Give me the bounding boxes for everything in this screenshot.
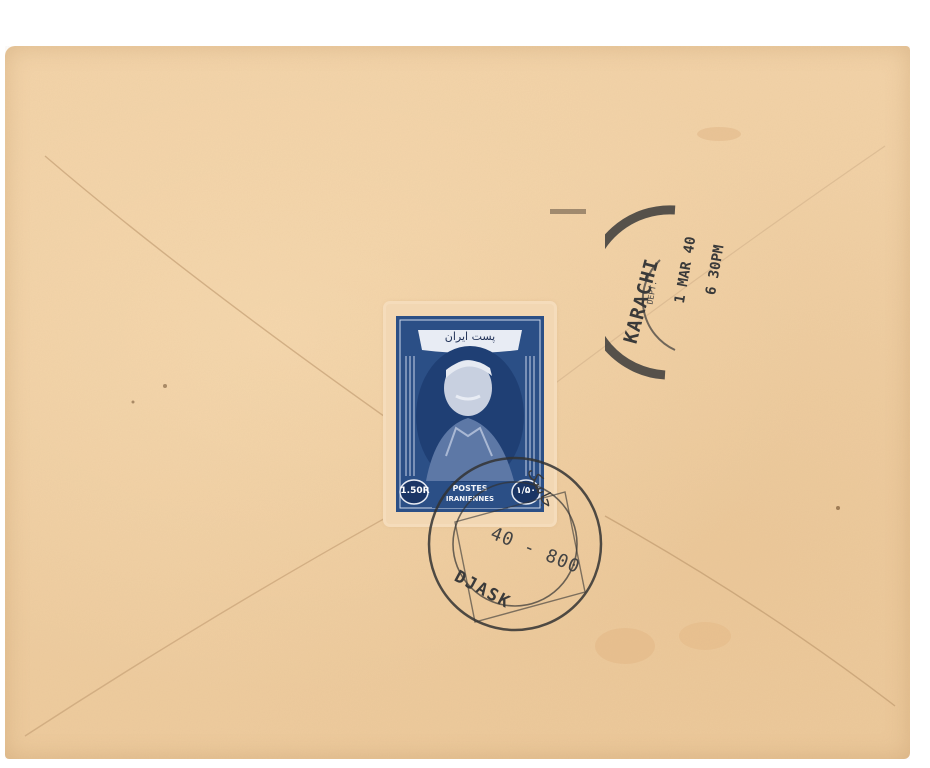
stamp-country-persian: پست ایران	[422, 330, 518, 343]
